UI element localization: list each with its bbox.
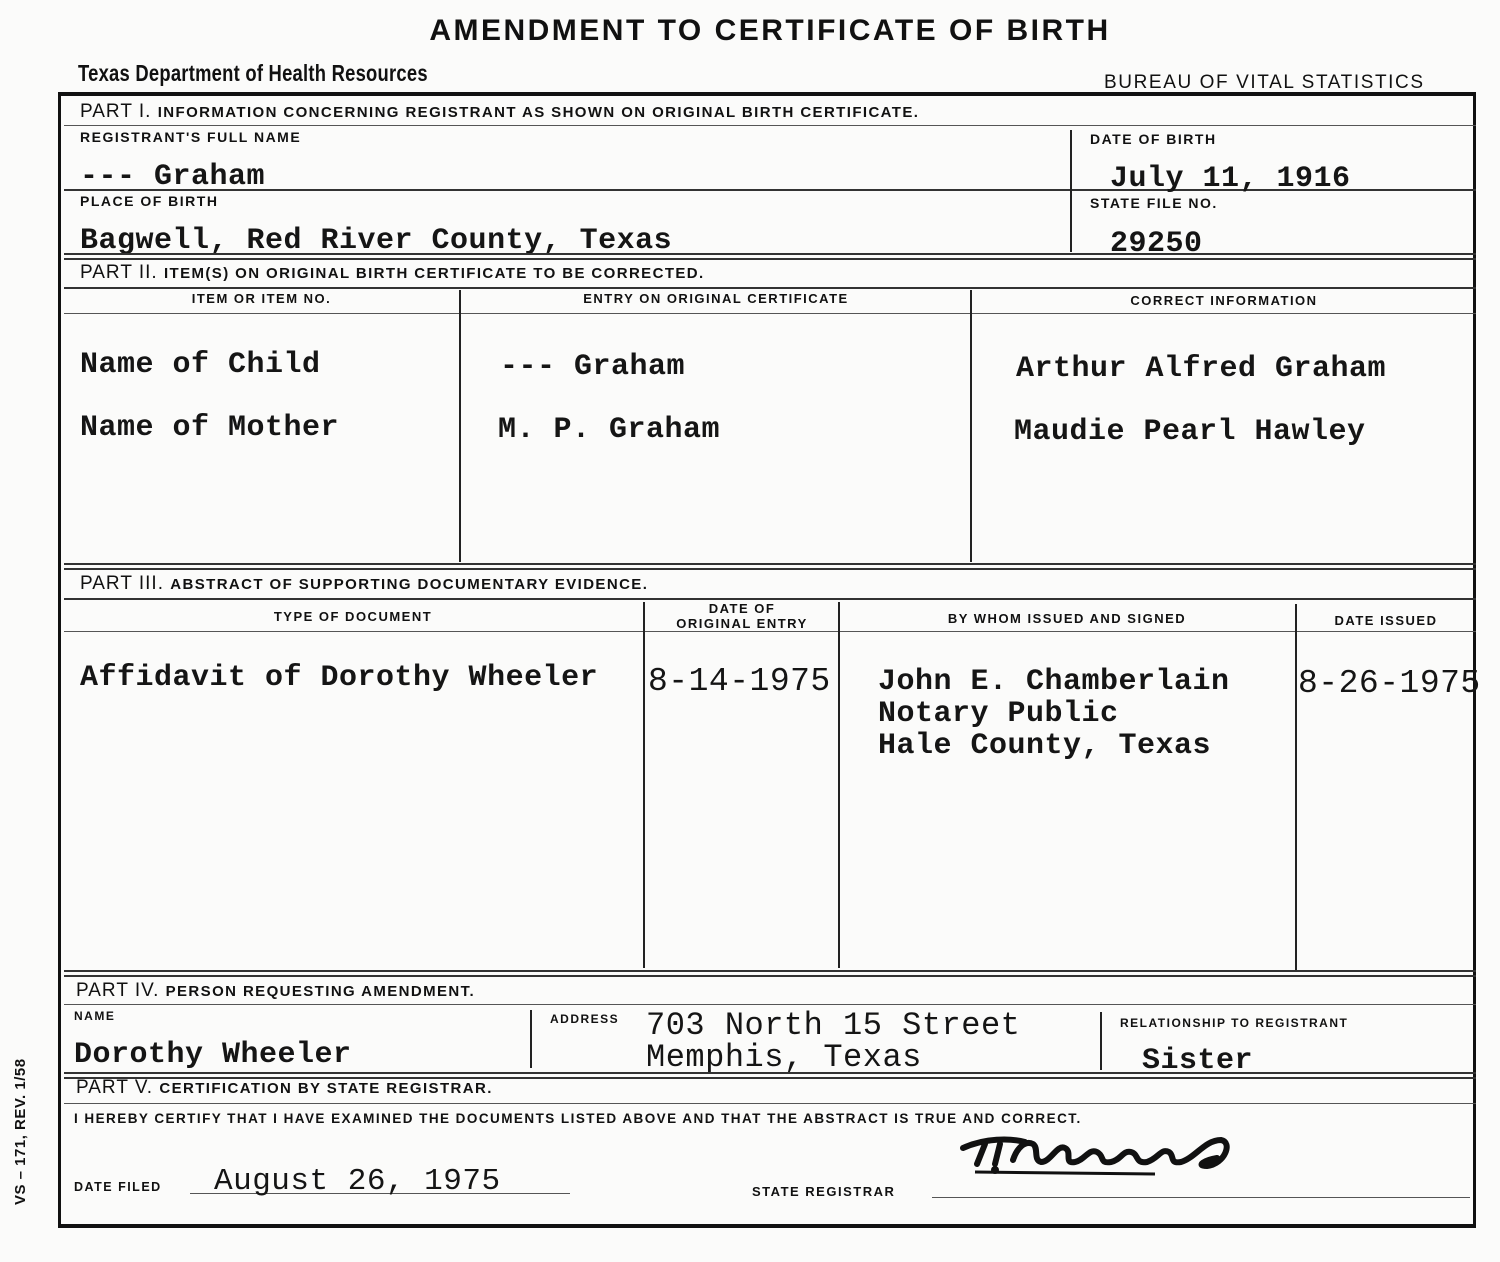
full-name-label: REGISTRANT'S FULL NAME [80, 129, 301, 145]
certification-statement: I HEREBY CERTIFY THAT I HAVE EXAMINED TH… [74, 1111, 1082, 1126]
issued-by-cell: John E. Chamberlain Notary Public Hale C… [878, 666, 1230, 762]
form-code: VS – 171, REV. 1/58 [12, 1058, 29, 1205]
part4-number: PART IV. [76, 980, 159, 1001]
part1-number: PART I. [80, 101, 151, 122]
place-of-birth-label: PLACE OF BIRTH [80, 193, 218, 209]
dob-label: DATE OF BIRTH [1090, 131, 1217, 147]
part4-heading: PART IV. PERSON REQUESTING AMENDMENT. [76, 980, 475, 1002]
correct-info-cell: Arthur Alfred Graham [1016, 352, 1386, 386]
divider [64, 125, 1476, 126]
col-header-issued-by: BY WHOM ISSUED AND SIGNED [840, 611, 1294, 626]
address-label: ADDRESS [550, 1012, 619, 1026]
document-title: AMENDMENT TO CERTIFICATE OF BIRTH [0, 14, 1500, 48]
col-header-line: DATE OF [644, 601, 840, 616]
divider [64, 1004, 1476, 1005]
column-divider [1295, 604, 1297, 970]
registrar-underline [932, 1197, 1470, 1198]
divider [64, 970, 1476, 977]
part2-number: PART II. [80, 262, 158, 283]
requester-name-label: NAME [74, 1009, 115, 1023]
divider [64, 631, 1476, 632]
divider [64, 598, 1476, 600]
address-value: 703 North 15 Street Memphis, Texas [646, 1010, 1020, 1074]
part4-title: PERSON REQUESTING AMENDMENT. [166, 983, 476, 1000]
divider [64, 287, 1476, 289]
col-header-date-issued: DATE ISSUED [1296, 613, 1476, 628]
col-header-correct-info: CORRECT INFORMATION [972, 293, 1476, 308]
part1-heading: PART I. INFORMATION CONCERNING REGISTRAN… [80, 101, 919, 123]
divider [64, 253, 1476, 260]
col-header-line: ORIGINAL ENTRY [644, 616, 840, 631]
part5-number: PART V. [76, 1077, 153, 1098]
dob-value: July 11, 1916 [1110, 162, 1351, 196]
column-divider [459, 290, 461, 562]
original-entry-cell: --- Graham [500, 350, 685, 384]
part3-heading: PART III. ABSTRACT OF SUPPORTING DOCUMEN… [80, 573, 648, 595]
date-filed-label: DATE FILED [74, 1180, 162, 1194]
part3-title: ABSTRACT OF SUPPORTING DOCUMENTARY EVIDE… [170, 576, 648, 593]
bureau-name: BUREAU OF VITAL STATISTICS [1104, 72, 1425, 94]
original-entry-date-cell: 8-14-1975 [648, 663, 831, 700]
divider [64, 1103, 1476, 1104]
column-divider [530, 1010, 532, 1068]
divider [64, 313, 1476, 314]
item-cell: Name of Child [80, 348, 321, 382]
part5-title: CERTIFICATION BY STATE REGISTRAR. [159, 1080, 492, 1097]
date-issued-cell: 8-26-1975 [1298, 665, 1481, 702]
col-header-item: ITEM OR ITEM NO. [64, 291, 459, 306]
part3-number: PART III. [80, 573, 164, 594]
document-type-cell: Affidavit of Dorothy Wheeler [80, 661, 598, 695]
divider [64, 563, 1476, 570]
signature-icon [955, 1130, 1245, 1185]
item-cell: Name of Mother [80, 411, 339, 445]
column-divider [1100, 1012, 1102, 1070]
column-divider [1070, 130, 1072, 252]
column-divider [838, 602, 840, 968]
col-header-document-type: TYPE OF DOCUMENT [64, 609, 642, 624]
date-filed-value: August 26, 1975 [214, 1164, 501, 1199]
part2-heading: PART II. ITEM(S) ON ORIGINAL BIRTH CERTI… [80, 262, 705, 284]
col-header-date-original-entry: DATE OF ORIGINAL ENTRY [644, 601, 840, 631]
part1-title: INFORMATION CONCERNING REGISTRANT AS SHO… [158, 104, 920, 121]
column-divider [970, 290, 972, 562]
column-divider [643, 602, 645, 968]
relationship-label: RELATIONSHIP TO REGISTRANT [1120, 1016, 1348, 1030]
original-entry-cell: M. P. Graham [498, 413, 720, 447]
state-file-no-label: STATE FILE NO. [1090, 195, 1218, 211]
col-header-original-entry: ENTRY ON ORIGINAL CERTIFICATE [462, 291, 970, 306]
department-name: Texas Department of Health Resources [78, 60, 428, 87]
part5-heading: PART V. CERTIFICATION BY STATE REGISTRAR… [76, 1077, 493, 1099]
state-registrar-label: STATE REGISTRAR [752, 1184, 895, 1199]
correct-info-cell: Maudie Pearl Hawley [1014, 415, 1366, 449]
part2-title: ITEM(S) ON ORIGINAL BIRTH CERTIFICATE TO… [164, 265, 705, 282]
requester-name-value: Dorothy Wheeler [74, 1038, 352, 1072]
